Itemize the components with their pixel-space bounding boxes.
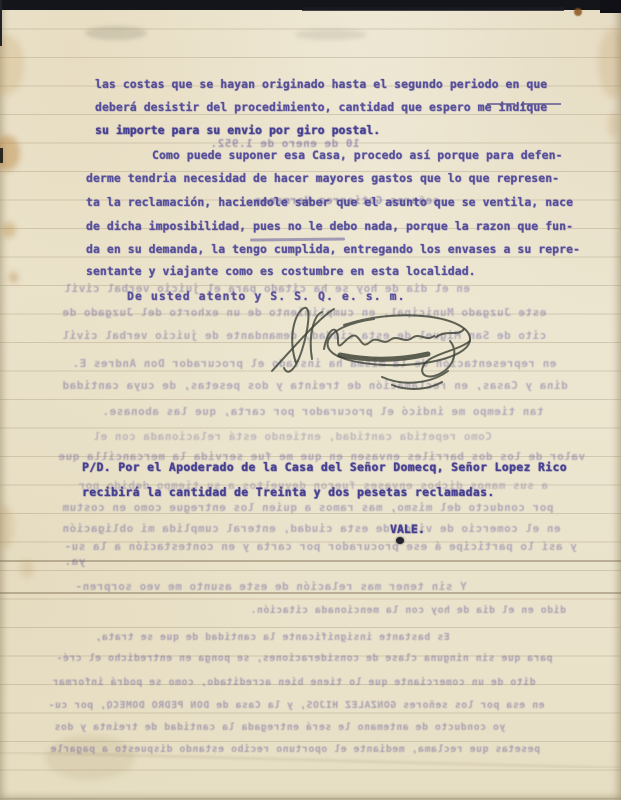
age-stain	[20, 560, 34, 578]
bleed-line: en el comercio de vinos de esta ciudad, …	[62, 523, 561, 534]
paper-edge-nick	[0, 148, 3, 163]
ink-overline	[487, 103, 515, 105]
typed-line: su importe para su envio por giro postal…	[95, 124, 380, 137]
smudge	[295, 29, 367, 40]
typed-line: las costas que se hayan originado hasta …	[95, 78, 547, 91]
letter-paper: 10 de enero de 1.952. señores Gutierrez …	[0, 0, 621, 800]
bleed-line: Es bastante insignificante la cantidad d…	[95, 633, 450, 643]
age-stain	[2, 222, 16, 238]
dark-rule-line	[0, 560, 621, 562]
bleed-line: por conducto del mismo, mas ramos a quie…	[62, 502, 553, 513]
typed-line: de dicha imposibilidad, pues no le debo …	[86, 220, 573, 233]
scanned-letter-photo: 10 de enero de 1.952. señores Gutierrez …	[0, 0, 621, 800]
bleed-line: pesetas que reclama, mediante el oportun…	[50, 745, 540, 755]
photo-edge-corner	[600, 0, 621, 13]
age-stain	[9, 272, 18, 283]
bleed-line: Y sin tener mas relación de este asunto …	[75, 581, 467, 592]
bleed-line: dito de un comerciante que lo tiene bien…	[52, 678, 536, 688]
age-stain	[598, 28, 621, 98]
typed-line: derme tendria necesidad de hacer mayores…	[86, 172, 559, 185]
postscript-line: recibirá la cantidad de Treinta y dos pe…	[82, 486, 495, 499]
bleed-line: ya.	[64, 556, 85, 567]
typed-line: sentante y viajante como es costumbre en…	[86, 265, 476, 278]
bleed-line: Como repetida cantidad, entiendo está re…	[93, 431, 492, 442]
bleed-line: para que sin ninguna clase de considerac…	[56, 654, 553, 664]
typed-line: deberá desistir del procedimiento, canti…	[95, 101, 547, 114]
age-stain	[608, 112, 618, 138]
bleed-line: yo conducto de antemano le será entregad…	[54, 723, 505, 733]
bleed-line: y así lo participe á ese procurador por …	[64, 541, 577, 552]
smudge	[85, 26, 147, 40]
edge-stain-dot	[574, 8, 582, 16]
typed-line: Como puede suponer esa Casa, procedo así…	[152, 149, 563, 162]
photo-edge-notch	[302, 7, 564, 11]
bleed-line: dido en el dia de hoy con la mencionada …	[250, 606, 566, 616]
vale-stamp: VALE.	[390, 523, 425, 536]
bleed-line: en esa por los señores GONZALEZ HIJOS, y…	[48, 701, 545, 711]
ink-blot	[396, 537, 404, 544]
handwritten-signature	[262, 297, 492, 397]
postscript-line: P/D. Por el Apoderado de la Casa del Señ…	[82, 461, 567, 474]
bleed-line: tan tiempo me indicó el procurador por c…	[102, 406, 544, 417]
ink-overline	[521, 103, 561, 105]
typed-line: ta la reclamación, haciendole saber que …	[86, 196, 573, 209]
typed-line: da en su demanda, la tengo cumplida, ent…	[86, 243, 580, 256]
photo-edge-left	[0, 0, 2, 46]
